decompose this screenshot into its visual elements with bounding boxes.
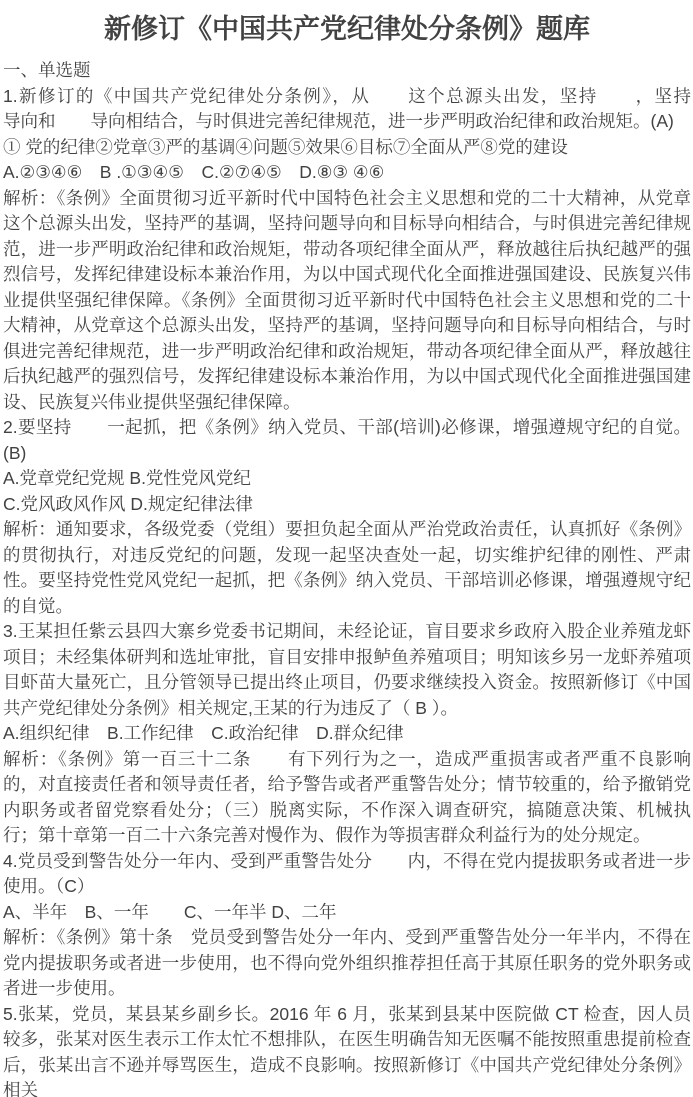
question-3-analysis: 解析：《条例》第一百三十二条 有下列行为之一，造成严重损害或者严重不良影响的，对… [3, 747, 691, 849]
question-4-stem: 4.党员受到警告处分一年内、受到严重警告处分 内，不得在党内提拔职务或者进一步使… [3, 849, 691, 900]
question-3: 3.王某担任紫云县四大寨乡党委书记期间，未经论证，盲目要求乡政府入股企业养殖龙虾… [3, 619, 691, 849]
question-3-stem: 3.王某担任紫云县四大寨乡党委书记期间，未经论证，盲目要求乡政府入股企业养殖龙虾… [3, 619, 691, 721]
question-2: 2.要坚持 一起抓，把《条例》纳入党员、干部(培训)必修课，增强遵规守纪的自觉。… [3, 415, 691, 619]
question-5-stem: 5.张某，党员，某县某乡副乡长。2016 年 6 月，张某到县某中医院做 CT … [3, 1002, 691, 1097]
question-4-options: A、半年 B、一年 C、一年半 D、二年 [3, 900, 691, 926]
question-1-stem: 1.新修订的《中国共产党纪律处分条例》，从 这个总源头出发，坚持 ，坚持 导向和… [3, 84, 691, 135]
question-3-options: A.组织纪律 B.工作纪律 C.政治纪律 D.群众纪律 [3, 721, 691, 747]
question-2-options-line1: A.党章党纪党规 B.党性党风党纪 [3, 466, 691, 492]
question-1: 1.新修订的《中国共产党纪律处分条例》，从 这个总源头出发，坚持 ，坚持 导向和… [3, 84, 691, 416]
question-1-numbered-items: ① 党的纪律②党章③严的基调④问题⑤效果⑥目标⑦全面从严⑧党的建设 [3, 135, 691, 161]
question-2-stem: 2.要坚持 一起抓，把《条例》纳入党员、干部(培训)必修课，增强遵规守纪的自觉。… [3, 415, 691, 466]
question-2-analysis: 解析：通知要求，各级党委（党组）要担负起全面从严治党政治责任，认真抓好《条例》的… [3, 517, 691, 619]
question-4-analysis: 解析：《条例》第十条 党员受到警告处分一年内、受到严重警告处分一年半内，不得在党… [3, 925, 691, 1002]
document-page: 新修订《中国共产党纪律处分条例》题库 一、单选题 1.新修订的《中国共产党纪律处… [0, 0, 693, 1097]
question-1-options: A.②③④⑥ B .①③④⑤ C.②⑦④⑤ D.⑧③ ④⑥ [3, 160, 691, 186]
question-1-analysis: 解析：《条例》全面贯彻习近平新时代中国特色社会主义思想和党的二十大精神，从党章这… [3, 186, 691, 416]
question-5: 5.张某，党员，某县某乡副乡长。2016 年 6 月，张某到县某中医院做 CT … [3, 1002, 691, 1097]
question-4: 4.党员受到警告处分一年内、受到严重警告处分 内，不得在党内提拔职务或者进一步使… [3, 849, 691, 1002]
question-2-options-line2: C.党风政风作风 D.规定纪律法律 [3, 492, 691, 518]
section-heading: 一、单选题 [3, 58, 691, 84]
document-title: 新修订《中国共产党纪律处分条例》题库 [3, 12, 691, 46]
